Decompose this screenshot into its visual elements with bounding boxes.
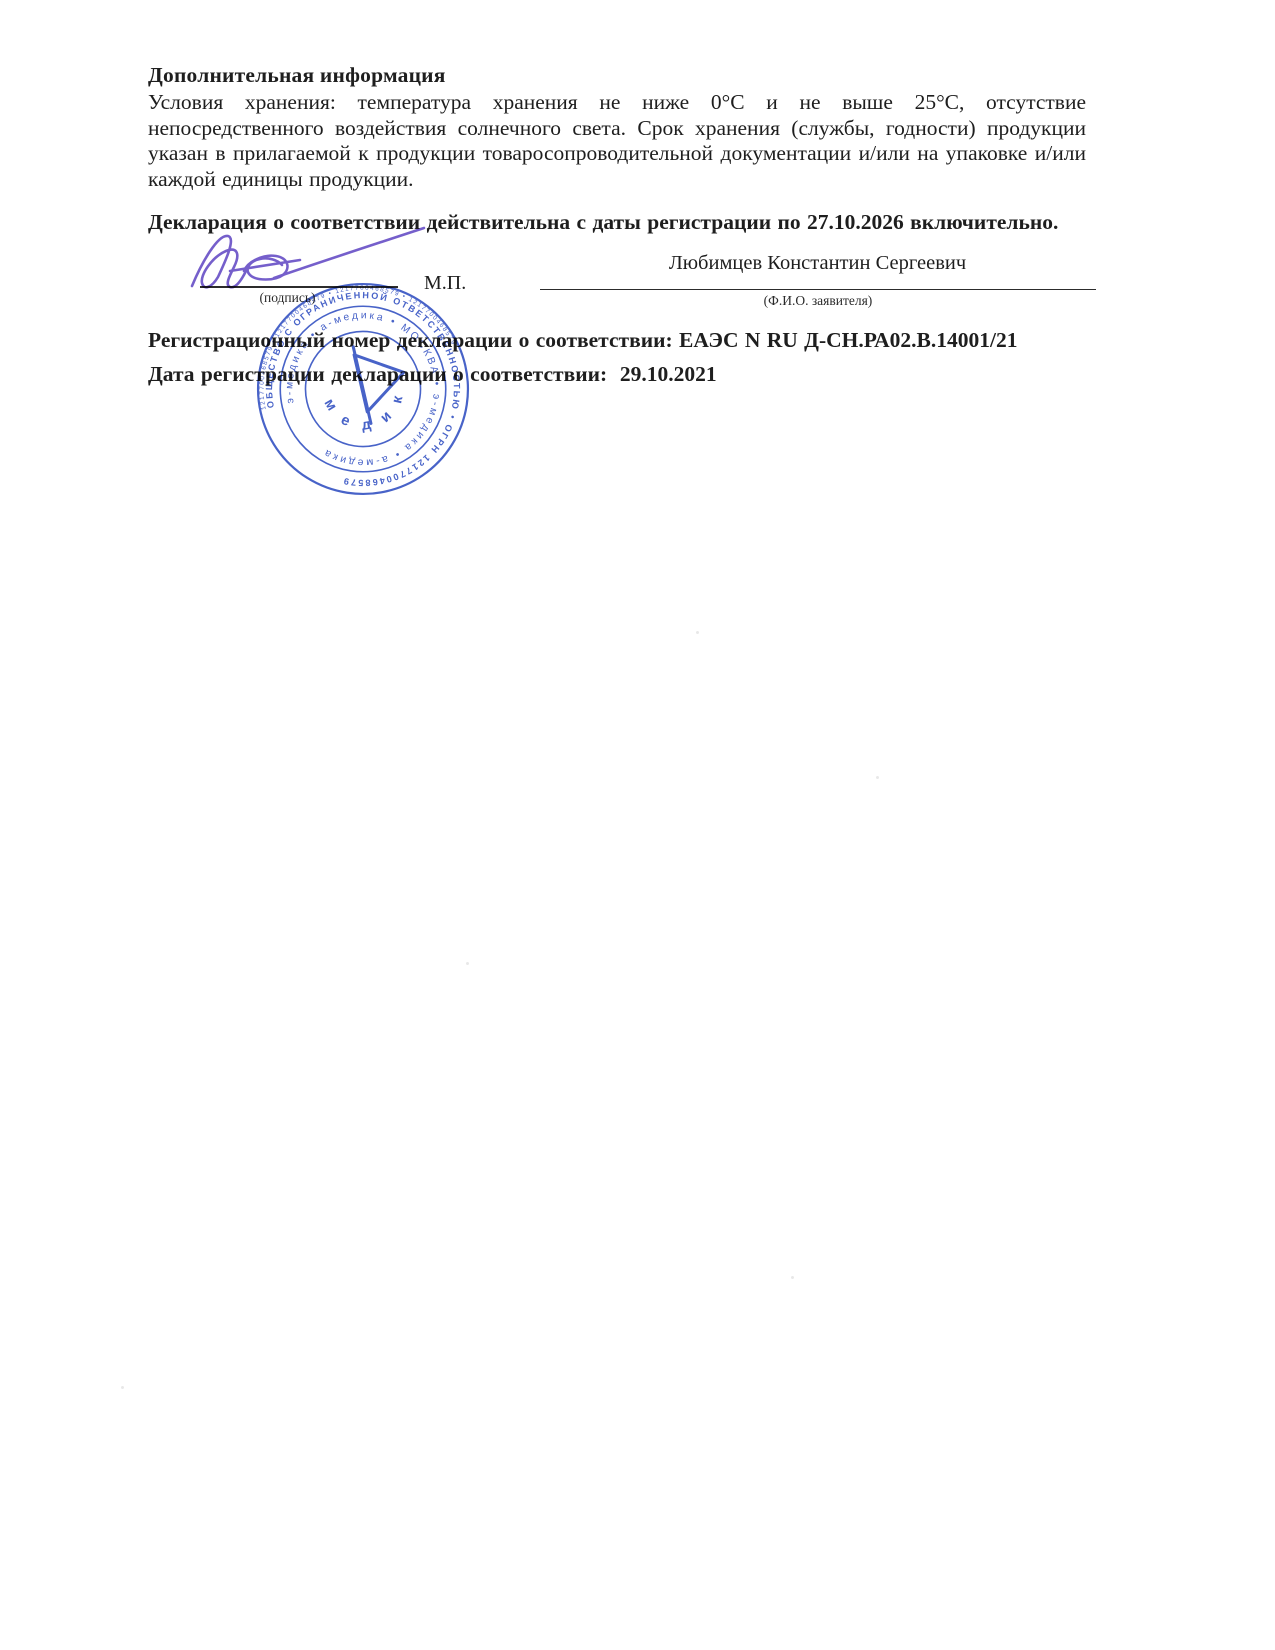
storage-conditions-text: Условия хранения: температура хранения н…: [148, 90, 1086, 193]
applicant-name: Любимцев Константин Сергеевич: [540, 252, 1095, 275]
scan-speck: [121, 1386, 124, 1389]
scan-speck: [466, 962, 469, 965]
scan-speck: [696, 631, 699, 634]
scan-speck: [876, 776, 879, 779]
scan-speck: [791, 1276, 794, 1279]
additional-info-heading: Дополнительная информация: [148, 63, 446, 88]
applicant-caption: (Ф.И.О. заявителя): [540, 293, 1096, 309]
applicant-name-line: [540, 289, 1096, 290]
document-page: Дополнительная информация Условия хранен…: [0, 0, 1275, 1650]
